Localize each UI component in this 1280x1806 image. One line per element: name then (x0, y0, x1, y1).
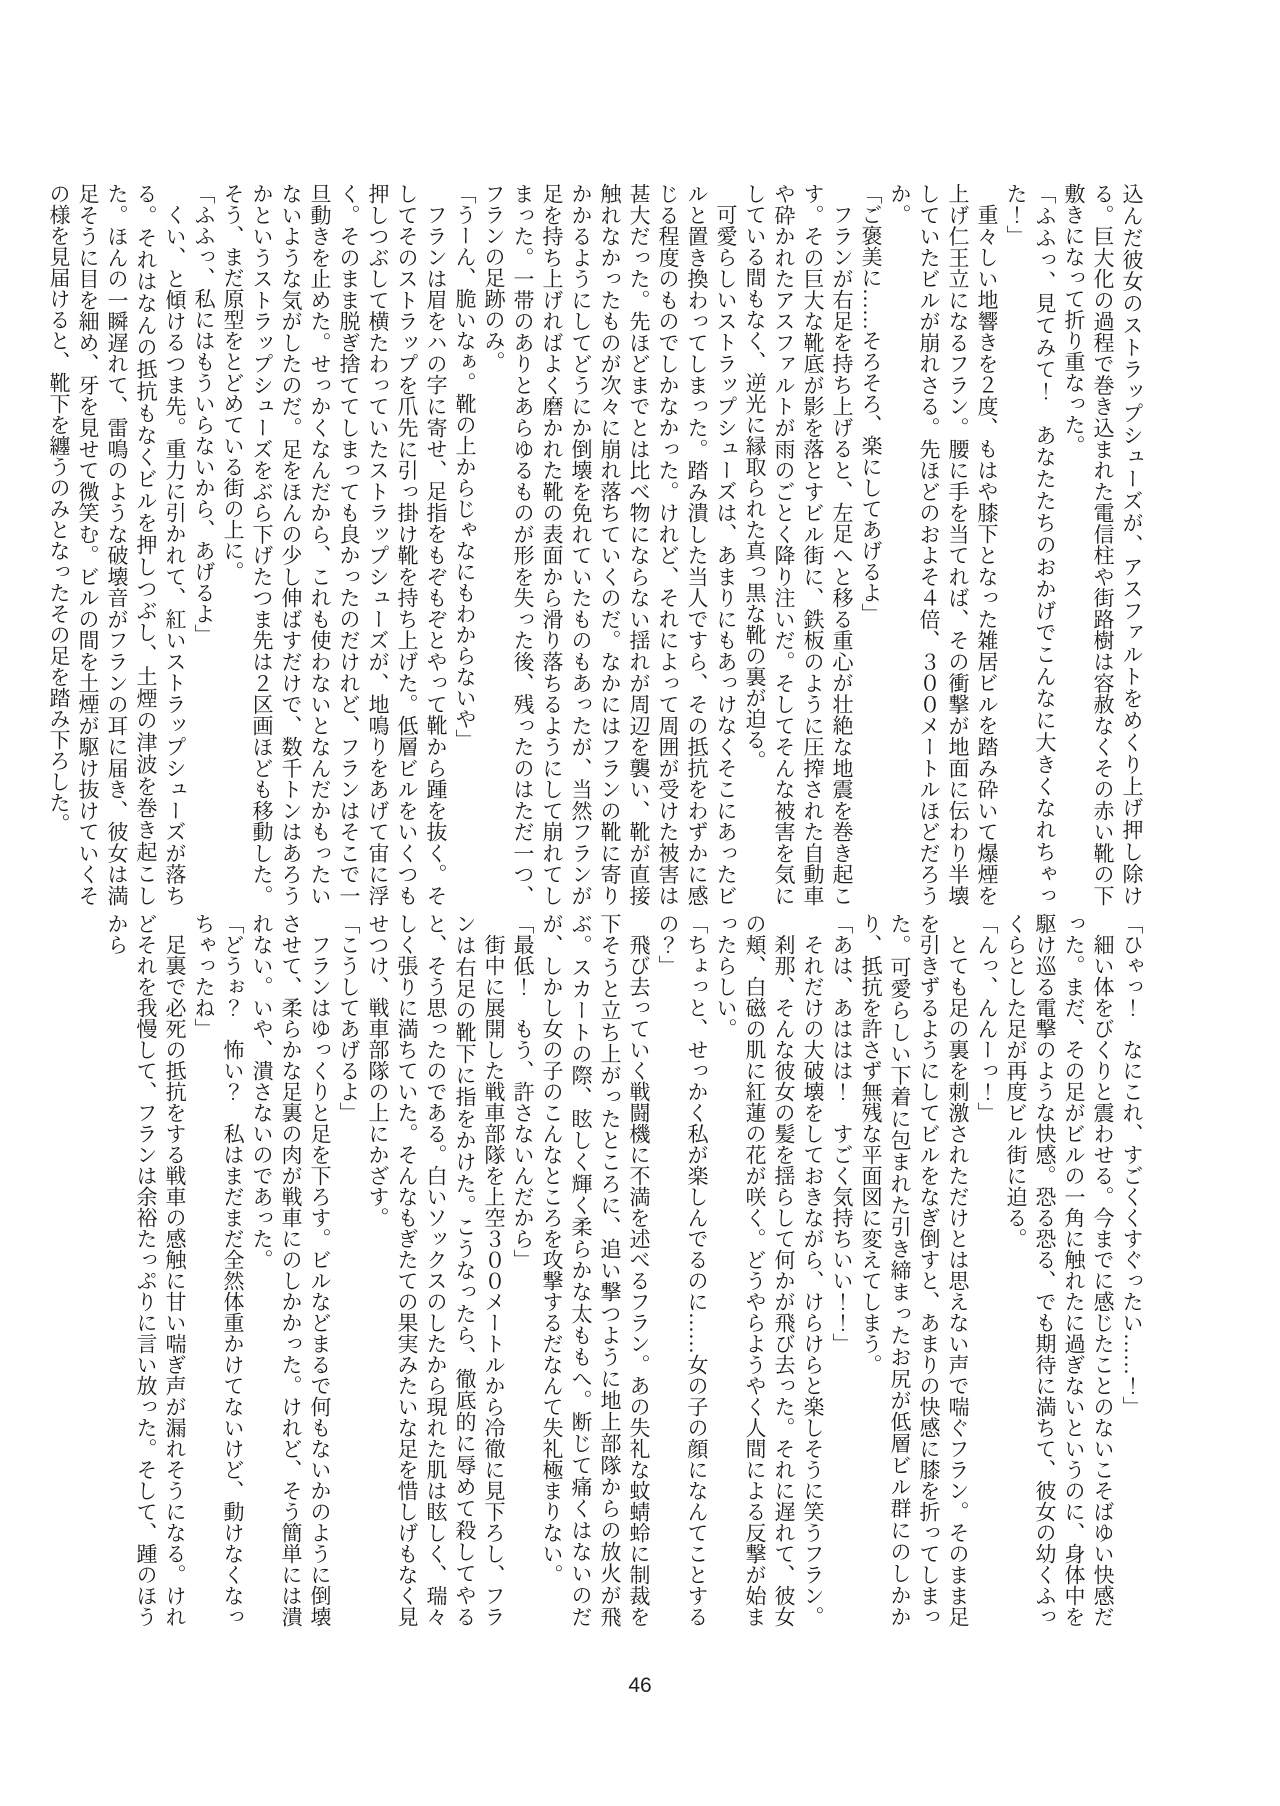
paragraph: 「ちょっと、せっかく私が楽しんでるのに……女の子の顔になんてことするの？」 (653, 913, 711, 1627)
paragraph: 「うーん、脆いなぁ。靴の上からじゃなにもわからないや」 (450, 183, 479, 906)
paragraph: 刹那、そんな彼女の髪を揺らして何かが飛び去った。それに遅れて、彼女の頬、白磁の肌… (711, 913, 798, 1627)
paragraph: フランは眉をハの字に寄せ、足指をもぞもぞとやって靴から踵を抜く。そしてそのストラ… (218, 183, 450, 906)
bottom-text-block: 「ひゃっ！ なにこれ、すごくくすぐったい……！」細い体をびくりと震わせる。今まで… (102, 913, 1146, 1627)
paragraph: 「どうぉ？ 怖い？ 私はまだまだ全然体重かけてないけど、動けなくなっちゃったね」 (189, 913, 247, 1627)
paragraph: とても足の裏を刺激されただけとは思えない声で喘ぐフラン。そのまま足を引きずるよう… (856, 913, 972, 1627)
page-number: 46 (0, 1674, 1280, 1698)
paragraph: 「ふふっ、私にはもういらないから、あげるよ」 (189, 183, 218, 906)
paragraph: 足裏で必死の抵抗をする戦車の感触に甘い喘ぎ声が漏れそうになる。けれどそれを我慢し… (102, 913, 189, 1627)
paragraph: それだけの大破壊をしておきながら、けらけらと楽しそうに笑うフラン。 (798, 913, 827, 1627)
paragraph: 可愛らしいストラップシューズは、あまりにもあっけなくそこにあったビルと置き換わっ… (479, 183, 740, 906)
paragraph: 「んっ、んんーっ！」 (972, 913, 1001, 1627)
paragraph: 細い体をびくりと震わせる。今までに感じたことのないこそばゆい快感だった。まだ、そ… (1001, 913, 1117, 1627)
paragraph: 「ふふっ、見てみて！ あなたたちのおかげでこんなに大きくなれちゃった！」 (1001, 183, 1059, 906)
paragraph: 「最低！ もう、許さないんだから」 (508, 913, 537, 1627)
top-text-block: 込んだ彼女のストラップシューズが、アスファルトをめくり上げ押し除ける。巨大化の過… (44, 183, 1146, 906)
novel-page: 込んだ彼女のストラップシューズが、アスファルトをめくり上げ押し除ける。巨大化の過… (0, 0, 1280, 1806)
paragraph: 込んだ彼女のストラップシューズが、アスファルトをめくり上げ押し除ける。巨大化の過… (1059, 183, 1146, 906)
paragraph: くい、と傾けるつま先。重力に引かれて、紅いストラップシューズが落ちる。それはなん… (44, 183, 189, 906)
paragraph: 「あは、あははは！ すごく気持ちいい！！」 (827, 913, 856, 1627)
paragraph: 「こうしてあげるよ」 (334, 913, 363, 1627)
paragraph: 重々しい地響きを２度、もはや膝下となった雑居ビルを踏み砕いて爆煙を上げ仁王立にな… (885, 183, 1001, 906)
paragraph: フランはゆっくりと足を下ろす。ビルなどまるで何もないかのように倒壊させて、柔らか… (247, 913, 334, 1627)
paragraph: 「ひゃっ！ なにこれ、すごくくすぐったい……！」 (1117, 913, 1146, 1627)
paragraph: フランが右足を持ち上げると、左足へと移る重心が壮絶な地震を巻き起こす。その巨大な… (740, 183, 856, 906)
paragraph: 飛び去っていく戦闘機に不満を述べるフラン。あの失礼な蚊蜻蛉に制裁を下そうと立ち上… (537, 913, 653, 1627)
paragraph: 街中に展開した戦車部隊を上空３００メートルから冷徹に見下ろし、フランは右足の靴下… (363, 913, 508, 1627)
paragraph: 「ご褒美に……そろそろ、楽にしてあげるよ」 (856, 183, 885, 906)
